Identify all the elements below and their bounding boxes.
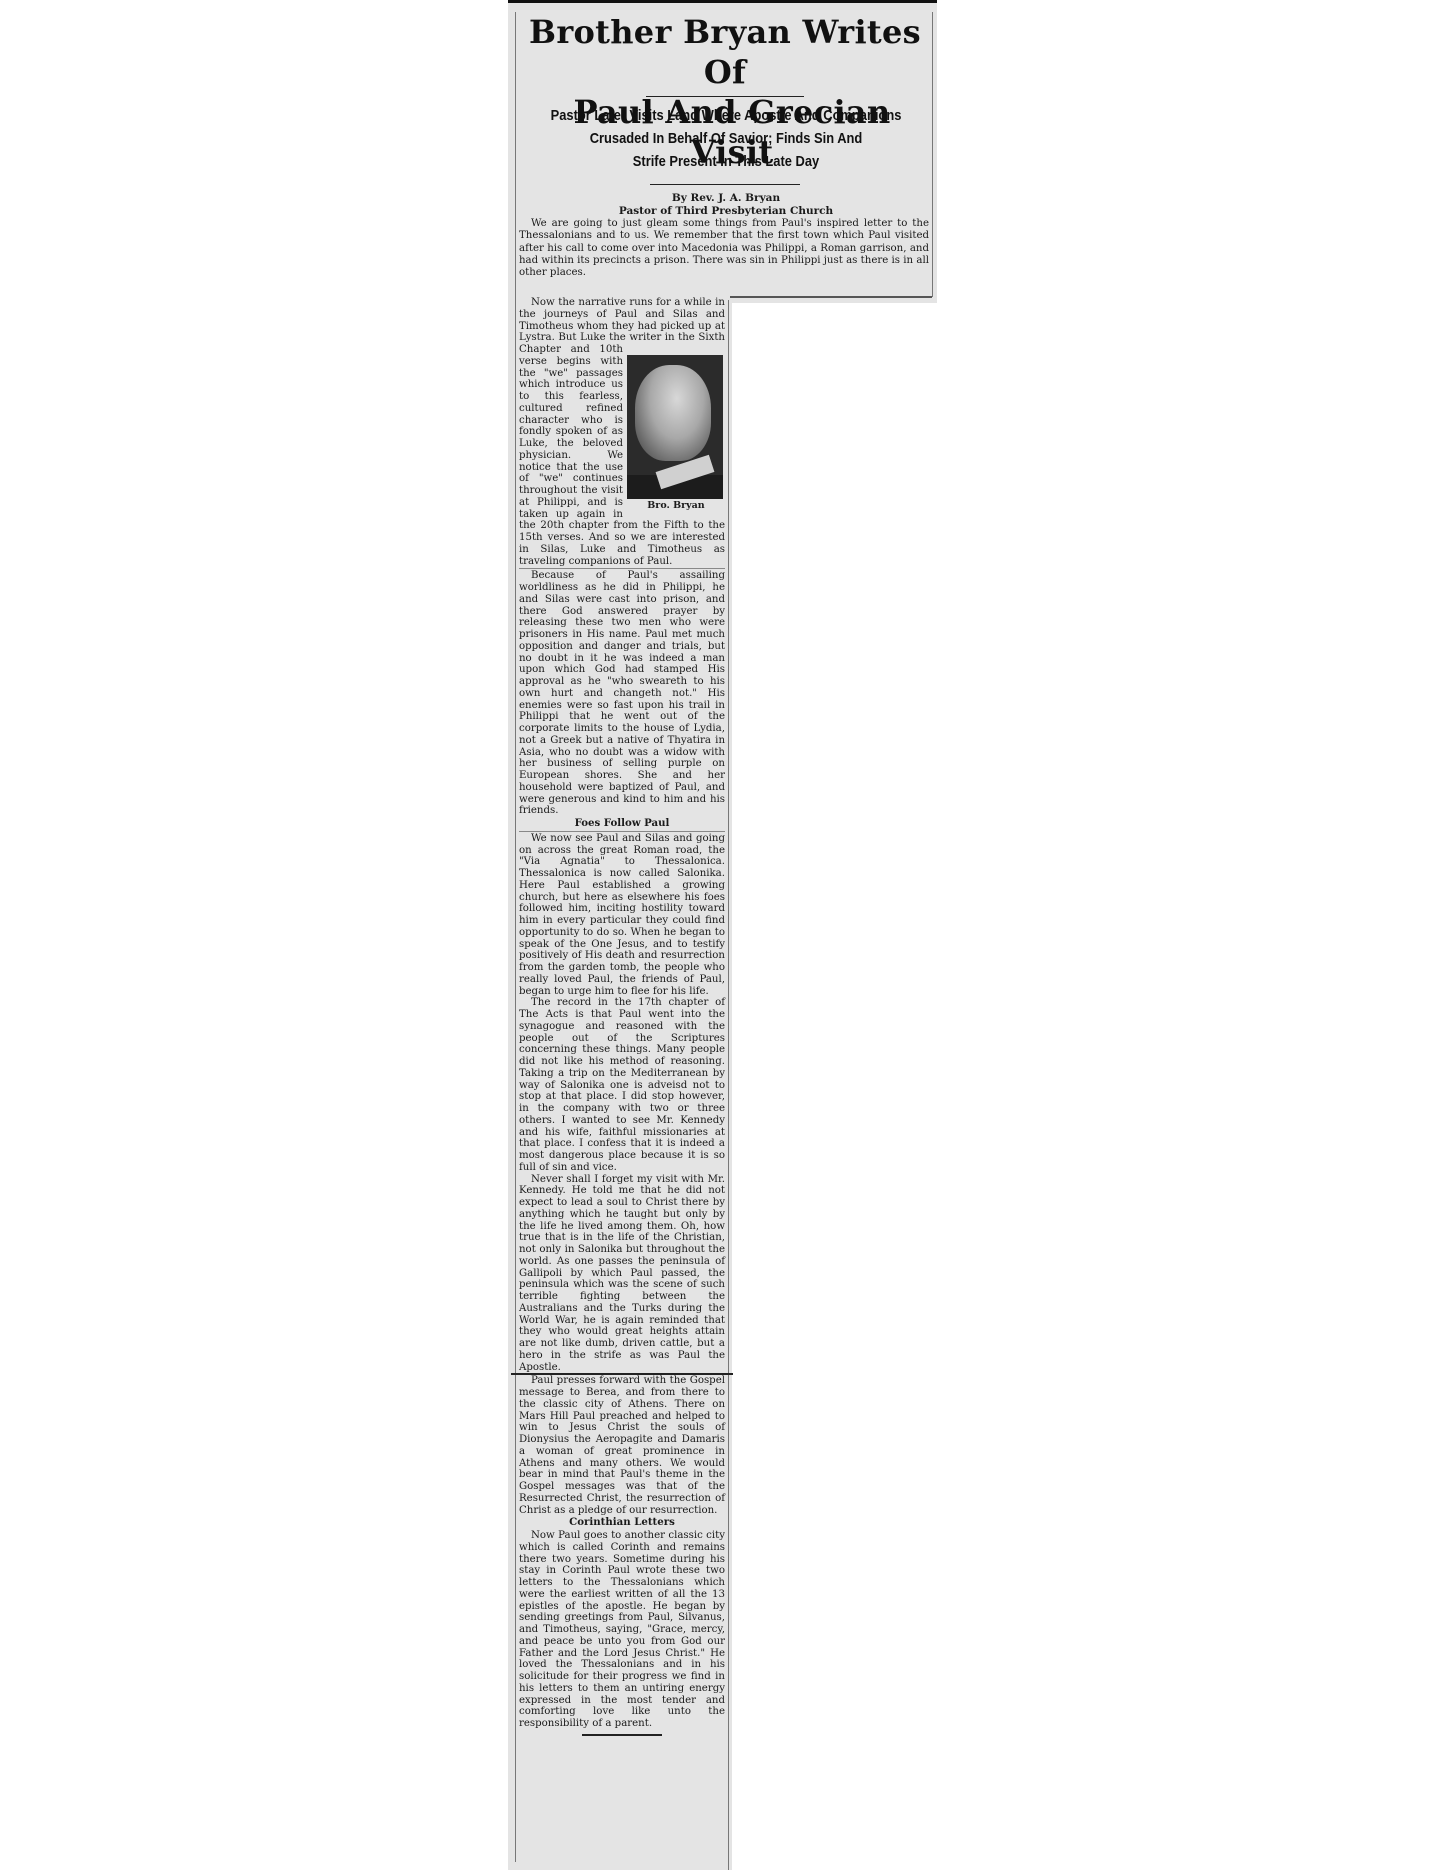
- deck-line-2: Crusaded In Behalf Of Savior; Finds Sin …: [549, 127, 903, 150]
- paragraph: Now Paul goes to another classic city wh…: [519, 1530, 725, 1730]
- byline-block: By Rev. J. A. Bryan Pastor of Third Pres…: [520, 192, 932, 218]
- deck-line-1: Pastor Later Visits Land Where Apostle A…: [549, 104, 903, 127]
- column-rule: [519, 831, 725, 832]
- article-body-column: Bro. Bryan Now the narrative runs for a …: [519, 297, 725, 1736]
- left-column-rule: [515, 12, 516, 1862]
- paragraph: Paul presses forward with the Gospel mes…: [519, 1375, 725, 1516]
- column-rule: [519, 568, 725, 569]
- header-bottom-rule: [730, 296, 932, 298]
- deck-line-3: Strife Present In This Late Day: [549, 150, 903, 173]
- right-column-rule: [728, 300, 729, 1870]
- byline-title: Pastor of Third Presbyterian Church: [520, 205, 932, 218]
- paragraph: Never shall I forget my visit with Mr. K…: [519, 1174, 725, 1374]
- subhead: Corinthian Letters: [519, 1517, 725, 1529]
- subhead: Foes Follow Paul: [519, 818, 725, 830]
- headline-line-1: Brother Bryan Writes Of: [520, 12, 930, 92]
- paragraph: We now see Paul and Silas and going on a…: [519, 833, 725, 998]
- author-portrait-image: [627, 355, 723, 499]
- article-deck: Pastor Later Visits Land Where Apostle A…: [549, 104, 903, 173]
- right-header-rule: [932, 12, 933, 297]
- author-photo-block: Bro. Bryan: [627, 355, 725, 512]
- intro-paragraph-block: We are going to just gleam some things f…: [519, 218, 929, 279]
- headline-divider: [646, 96, 804, 97]
- paragraph: Because of Paul's assailing worldliness …: [519, 570, 725, 817]
- deck-divider: [650, 184, 800, 185]
- paragraph: The record in the 17th chapter of The Ac…: [519, 997, 725, 1173]
- end-rule: [582, 1734, 662, 1736]
- paragraph: We are going to just gleam some things f…: [519, 218, 929, 279]
- byline: By Rev. J. A. Bryan: [520, 192, 932, 205]
- photo-caption: Bro. Bryan: [627, 499, 725, 512]
